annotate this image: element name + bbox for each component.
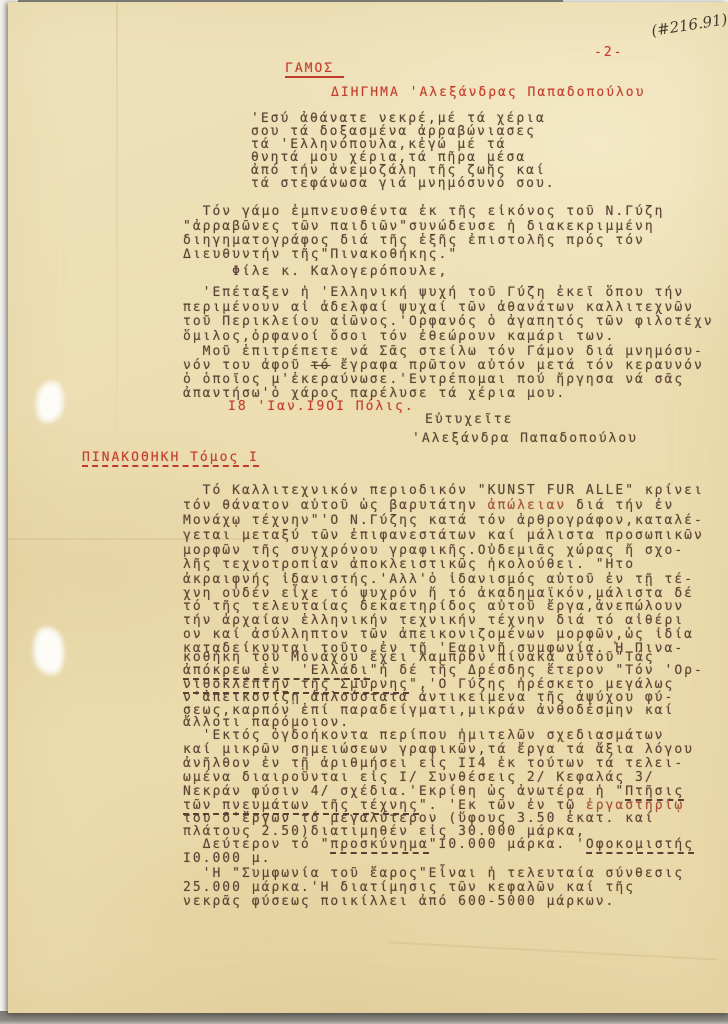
text-line: Μοῦ ἐπιτρέπετε νά Σᾶς στείλω τόν Γάμον δ… — [183, 344, 704, 359]
text-line: Νεκράν φύσιν 4/ σχέδια.'Εκρίθη ὡς ἀνωτέρ… — [183, 784, 684, 799]
text-line: περιμένουν αἱ ἀδελφαί ψυχαί τῶν ἀθανάτων… — [183, 300, 694, 315]
text-line: "ἀρραβῶνες τῶν παιδιῶν"συνώδευσε ἡ διακε… — [183, 219, 655, 234]
paper-damage-spot — [35, 382, 64, 423]
text-line: -2- — [594, 45, 623, 60]
text-line: ἀκραιφνής ἰδανιστής.'Αλλ'ὁ ἰδανισμός αὐτ… — [183, 572, 694, 587]
text-line: τόν θάνατον αὐτοῦ ὡς βαρυτάτην ἀπώλειαν … — [183, 498, 674, 513]
text-line: Τόν γάμο ἐμπνευσθέντα ἐκ τῆς εἰκόνος τοῦ… — [183, 204, 665, 219]
text-line: τοῦ Περικλείου αἰῶνος.'Ορφανός ὁ ἀγαπητό… — [183, 314, 714, 329]
text-line: ἀνῆλθον ἐν τῇ ἀριθμήσει εἰς ΙΙ4 ἐκ τούτω… — [183, 756, 684, 771]
text-line: τήν ἀρχαίαν ἑλληνικήν τεχνικήν τέχνην δι… — [183, 613, 684, 628]
text-line: ἀπόκρεω ἐν 'Ελλάδι"ἡ δέ τῆς Δρέσδης ἕτερ… — [183, 663, 704, 678]
text-line: Ι0.000 μ. — [183, 851, 271, 866]
paper-damage-spot — [33, 628, 64, 675]
text-line: Εὐτυχεῖτε — [425, 412, 513, 427]
text-line: ωμένα διαιροῦνται εἰς Ι/ Συνθέσεις 2/ Κε… — [183, 770, 655, 785]
text-line: νόν του ἀφοῦ τό ἔγραφα πρῶτον αὐτόν μετά… — [183, 358, 704, 373]
text-line: Δεύτερον τό "προσκύνημα"Ι0.000 μάρκα. 'Ο… — [183, 837, 694, 852]
text-line: λῆς τεχνοτροπίαν ἀποκλειστικῶς ἠκολούθει… — [183, 557, 635, 572]
text-line: Μονάχῳ τέχνην"'Ο Ν.Γύζης κατά τόν ἀρθρογ… — [183, 513, 704, 528]
text-line: 'Εκτός ὀγδοήκοντα περίπου ἡμιτελῶν σχεδι… — [183, 728, 665, 743]
text-line: τό τῆς τελευταίας δεκαετηρίδος αὐτοῦ ἔργ… — [183, 599, 684, 614]
text-line: Φίλε κ. Καλογερόπουλε, — [183, 264, 448, 279]
scanned-document: (#216.91) -2-ΓΑΜΟΣ ΔΙΗΓΗΜΑ 'Αλεξάνδρας Π… — [0, 0, 728, 1024]
text-line: 'Αλεξάνδρα Παπαδοπούλου — [412, 431, 638, 446]
text-line: Ι8 'Ιαν.Ι9ΟΙ Πόλις. — [228, 399, 415, 414]
text-line: τά στεφάνωσα γιά μνημόσυνό σου. — [251, 176, 556, 191]
text-line: ον καί ἀσύλληπτον τῶν ἀπεικονιζομένων μο… — [183, 627, 694, 642]
text-line: νεκρᾶς φύσεως ποικίλλει ἀπό 600-5000 μάρ… — [183, 894, 615, 909]
paper-crease-diagonal — [388, 941, 718, 960]
text-line: ΔΙΗΓΗΜΑ 'Αλεξάνδρας Παπαδοπούλου — [331, 85, 645, 100]
text-line: 25.000 μάρκα.'Η διατίμησις τῶν κεφαλῶν κ… — [183, 880, 635, 895]
text-line: διηγηματογράφος διά τῆς ἑξῆς ἐπιστολῆς π… — [183, 233, 645, 248]
text-line: 'Η "Συμφωνία τοῦ ἔαρος"Εἶναι ἡ τελευταία… — [183, 866, 684, 881]
text-line: γεται μεταξύ τῶν ἐπιφανεστάτων καί μάλισ… — [183, 528, 704, 543]
text-line: 'Επέταξεν ἡ 'Ελληνική ψυχή τοῦ Γύζη ἐκεῖ… — [183, 285, 684, 300]
text-line: ΓΑΜΟΣ — [285, 61, 344, 76]
text-line: Τό Καλλιτεχνικόν περιοδικόν "KUNST FUR A… — [183, 483, 704, 498]
text-line: ΠΙΝΑΚΟΘΗΚΗ Τόμος Ι — [82, 450, 259, 465]
text-line: Διευθυντήν τῆς"Πινακοθήκης." — [183, 247, 458, 262]
handwritten-archive-number: (#216.91) — [650, 10, 728, 40]
paper-crease-vertical — [116, 2, 118, 522]
text-line: ὅμιλος,ὀρφανοί ὅσοι τόν ἐθεώρουν καμάρι … — [183, 329, 615, 344]
text-line: ὁ ὁποῖος μ'ἐκεραύνωσε.'Εντρέπομαι πού ἤρ… — [183, 372, 684, 387]
text-line: μορφῶν τῆς συγχρόνου γραφικῆς.Οὐδεμιᾶς χ… — [183, 543, 684, 558]
document-page: (#216.91) -2-ΓΑΜΟΣ ΔΙΗΓΗΜΑ 'Αλεξάνδρας Π… — [8, 2, 728, 1013]
text-line: καί μικρῶν σημειώσεων γραφικῶν,τά ἔργα τ… — [183, 742, 694, 757]
